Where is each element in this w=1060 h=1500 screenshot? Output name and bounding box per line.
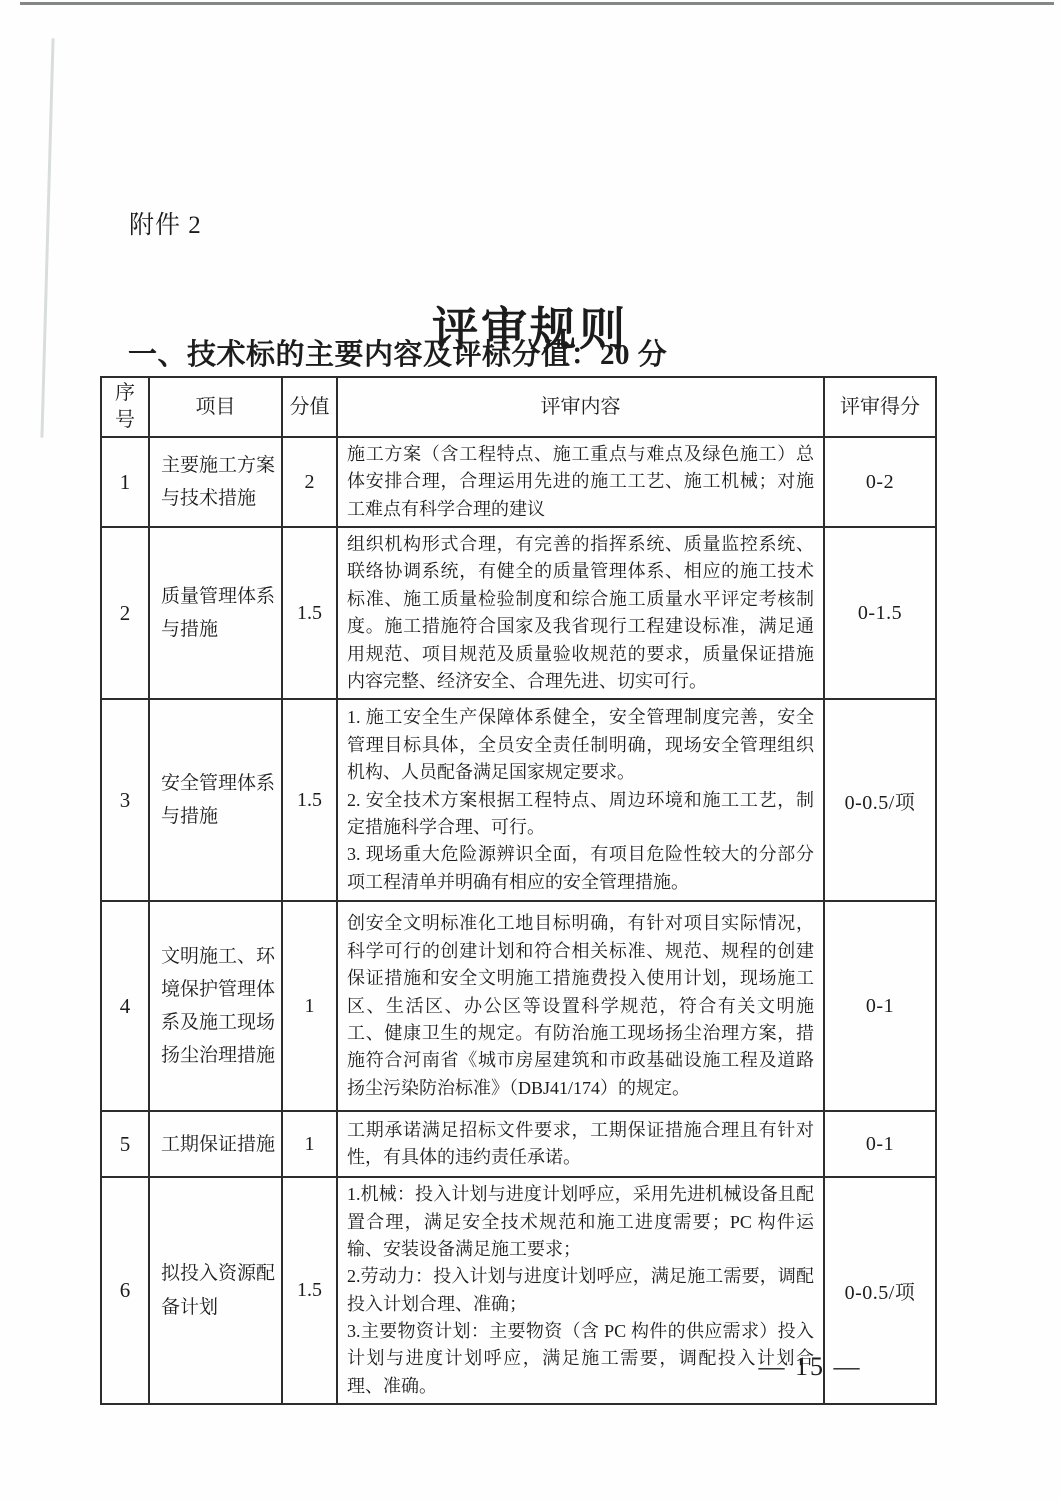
scan-edge-artifact-left [40,38,54,438]
row-score: 1 [282,901,337,1111]
header-review-content: 评审内容 [337,377,824,437]
table-row-2: 2 质量管理体系与措施 1.5 组织机构形式合理，有完善的指挥系统、质量监控系统… [101,527,936,699]
row-score: 1 [282,1111,337,1177]
document-page: 附件 2 评审规则 一、技术标的主要内容及评标分值：20 分 序号 项目 分值 … [0,0,1060,1500]
row-number: 5 [101,1111,149,1177]
page-number: — 15 — [0,1352,1060,1382]
table-row-3: 3 安全管理体系与措施 1.5 1. 施工安全生产保障体系健全，安全管理制度完善… [101,699,936,901]
row-content: 工期承诺满足招标文件要求，工期保证措施合理且有针对性，有具体的违约责任承诺。 [337,1111,824,1177]
row-score: 1.5 [282,527,337,699]
row-number: 2 [101,527,149,699]
header-score-value: 分值 [282,377,337,437]
scan-edge-artifact-top [20,2,1054,5]
row-score: 1.5 [282,699,337,901]
row-item: 安全管理体系与措施 [149,699,282,901]
row-item: 工期保证措施 [149,1111,282,1177]
evaluation-table: 序号 项目 分值 评审内容 评审得分 1 主要施工方案与技术措施 2 施工方案（… [100,376,937,1405]
row-score-range: 0-1 [824,1111,936,1177]
section-heading: 一、技术标的主要内容及评标分值：20 分 [128,332,667,373]
attachment-label: 附件 2 [129,205,202,241]
header-item: 项目 [149,377,282,437]
table-row-1: 1 主要施工方案与技术措施 2 施工方案（含工程特点、施工重点与难点及绿色施工）… [101,437,936,527]
row-number: 1 [101,437,149,527]
row-content: 1. 施工安全生产保障体系健全，安全管理制度完善，安全管理目标具体，全员安全责任… [337,699,824,901]
table-row-4: 4 文明施工、环境保护管理体系及施工现场扬尘治理措施 1 创安全文明标准化工地目… [101,901,936,1111]
row-score-range: 0-1 [824,901,936,1111]
row-score-range: 0-1.5 [824,527,936,699]
row-content: 施工方案（含工程特点、施工重点与难点及绿色施工）总体安排合理，合理运用先进的施工… [337,437,824,527]
row-score-range: 0-2 [824,437,936,527]
row-score-range: 0-0.5/项 [824,699,936,901]
row-number: 3 [101,699,149,901]
row-item: 主要施工方案与技术措施 [149,437,282,527]
row-item: 质量管理体系与措施 [149,527,282,699]
header-serial-number: 序号 [101,377,149,437]
table-header-row: 序号 项目 分值 评审内容 评审得分 [101,377,936,437]
row-number: 4 [101,901,149,1111]
page-number-text: — 15 — [759,1352,862,1382]
row-content: 组织机构形式合理，有完善的指挥系统、质量监控系统、联络协调系统，有健全的质量管理… [337,527,824,699]
row-content: 创安全文明标准化工地目标明确，有针对项目实际情况，科学可行的创建计划和符合相关标… [337,901,824,1111]
row-item: 文明施工、环境保护管理体系及施工现场扬尘治理措施 [149,901,282,1111]
table-row-5: 5 工期保证措施 1 工期承诺满足招标文件要求，工期保证措施合理且有针对性，有具… [101,1111,936,1177]
header-review-score: 评审得分 [824,377,936,437]
row-score: 2 [282,437,337,527]
